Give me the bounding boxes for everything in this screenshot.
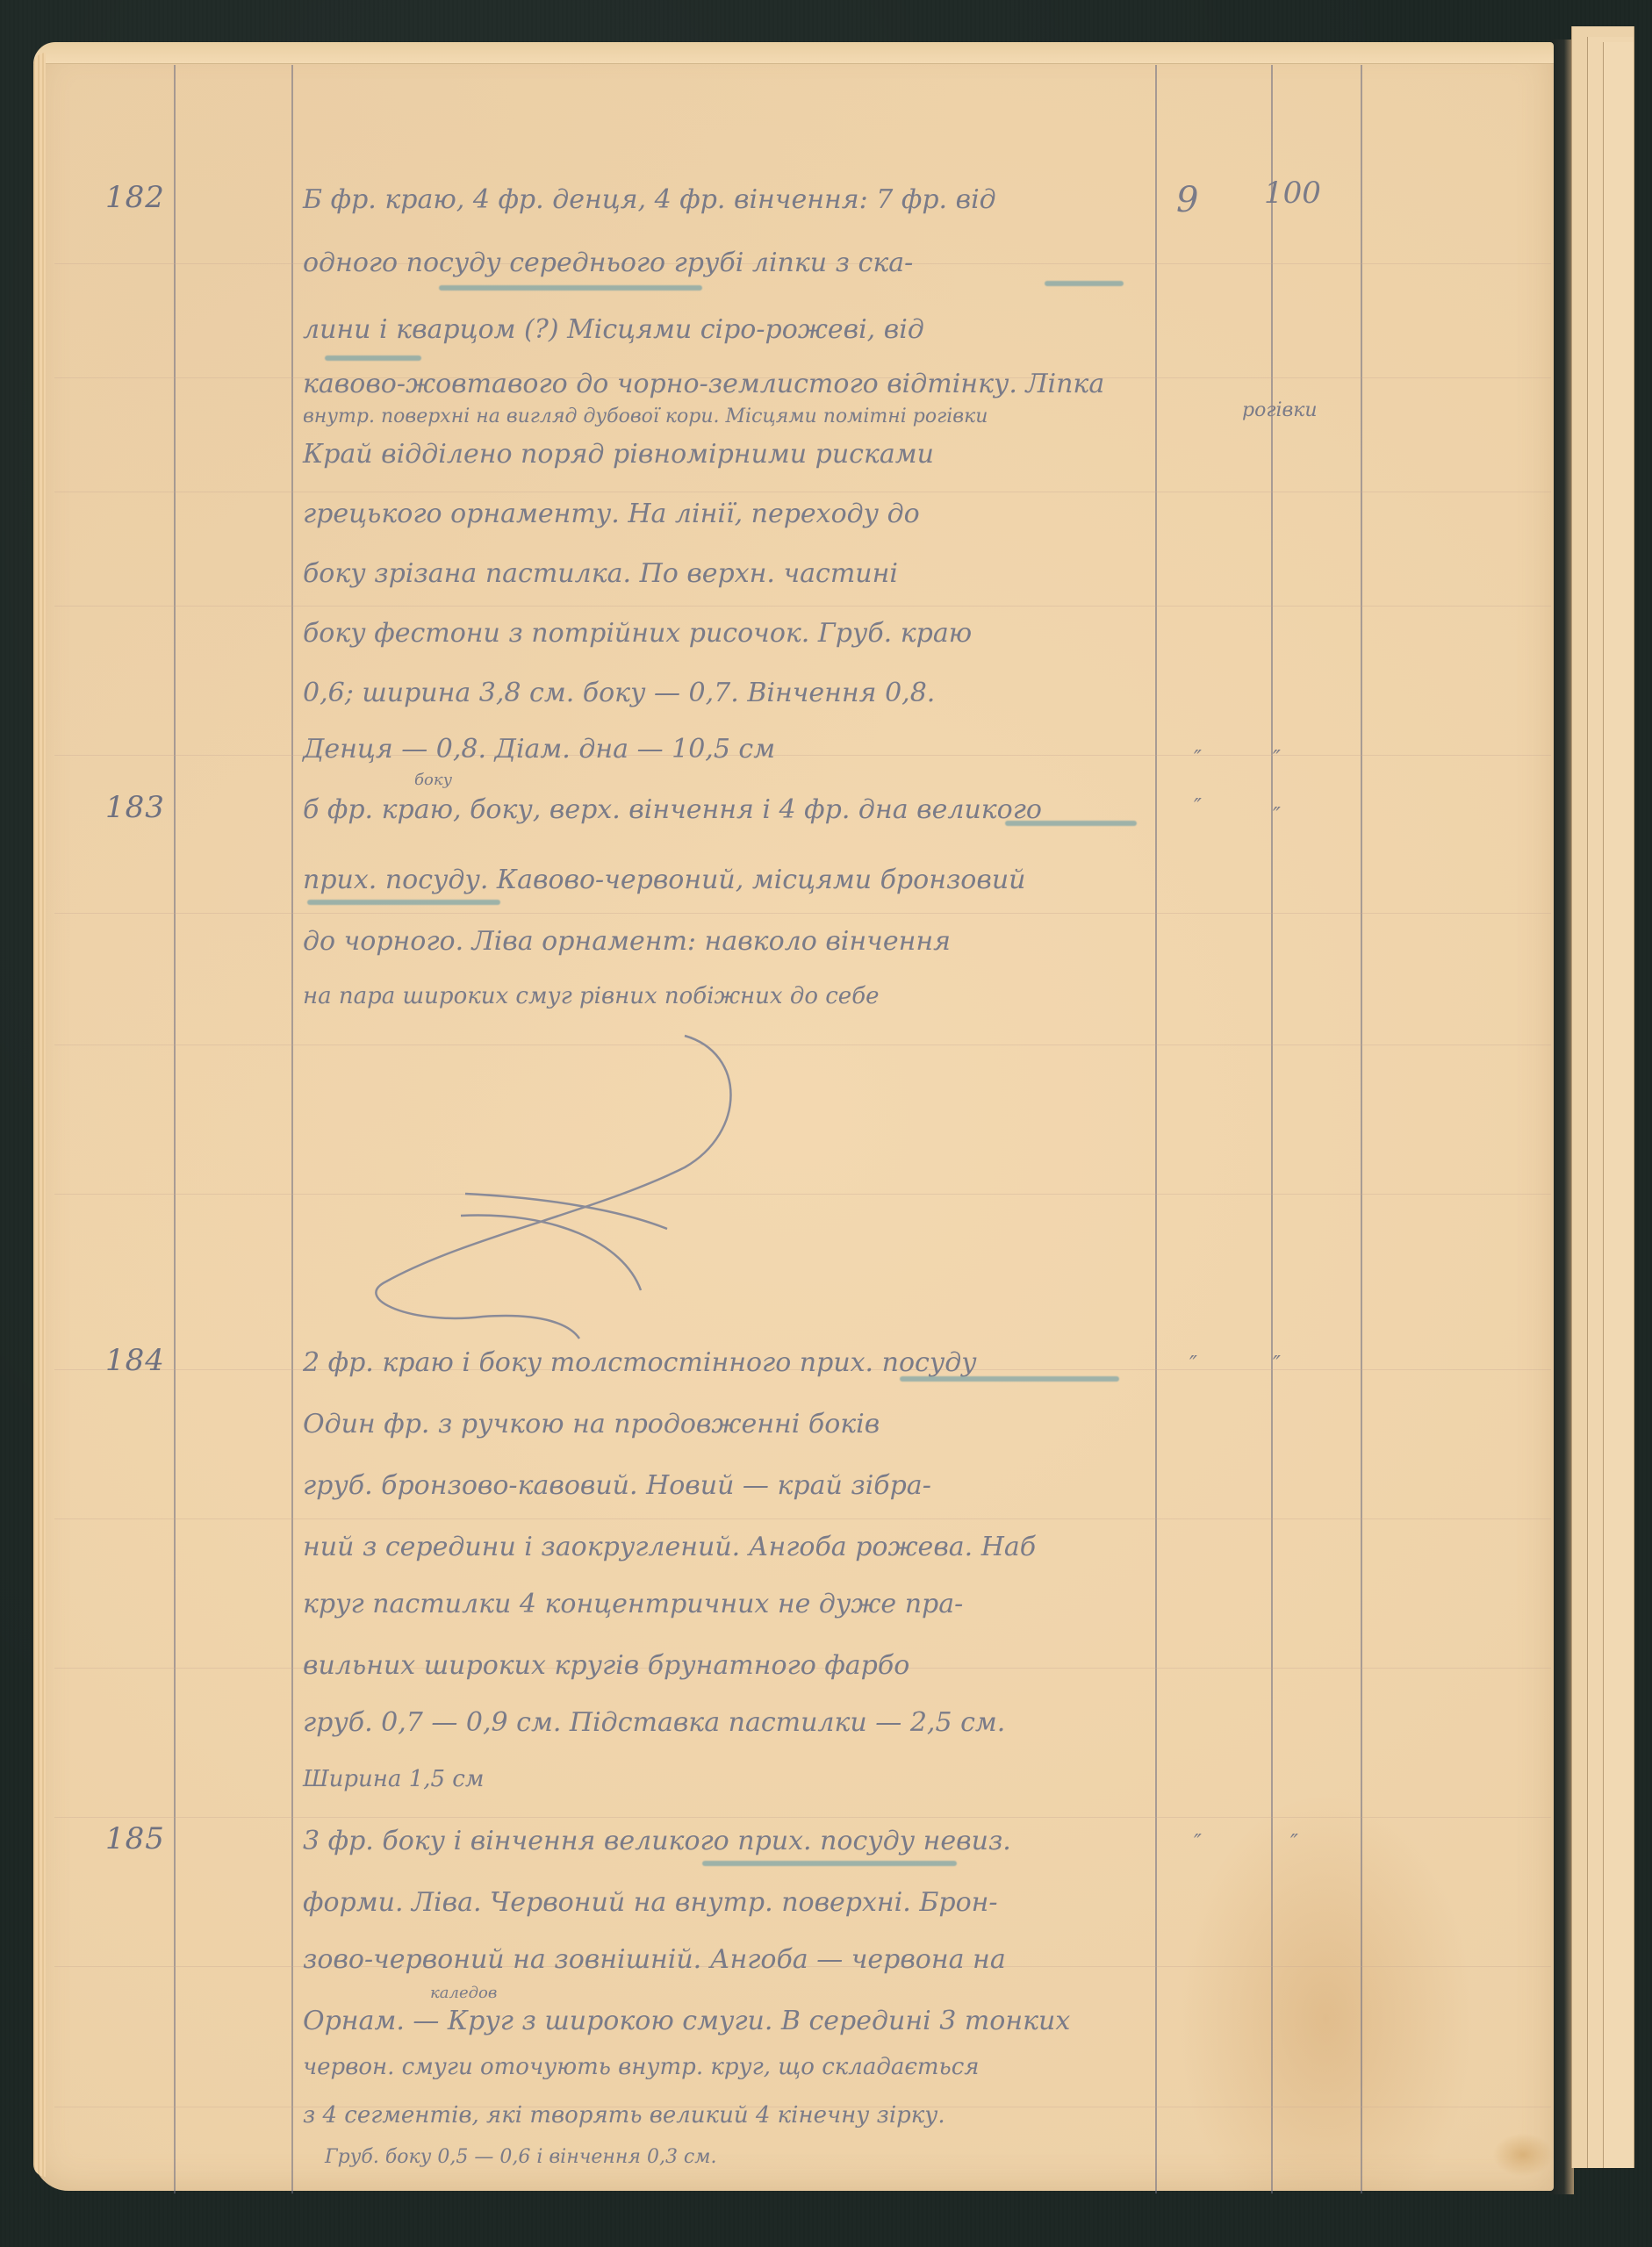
entry-text-line: Один фр. з ручкою на продовженні боків xyxy=(303,1409,1146,1439)
ruled-line xyxy=(54,1518,1551,1519)
entry-text-line: внутр. поверхні на вигляд дубової кори. … xyxy=(303,406,1146,427)
blue-underline xyxy=(307,900,500,905)
entry-text-line: Груб. боку 0,5 — 0,6 і вінчення 0,3 см. xyxy=(325,2146,1167,2168)
bound-pages-edge xyxy=(1603,42,1634,2168)
ditto-mark: ″ xyxy=(1290,1830,1298,1855)
entry-text-line: кавово-жовтавого до чорно-землистого від… xyxy=(303,369,1146,399)
paper-stain xyxy=(1492,2133,1554,2177)
entry-text-line: боку зрізана пастилка. По верхн. частині xyxy=(303,558,1146,589)
blue-underline xyxy=(900,1376,1119,1382)
entry-text-line: до чорного. Ліва орнамент: навколо вінче… xyxy=(303,926,1146,957)
ditto-mark: ″ xyxy=(1273,1352,1281,1376)
column-rule xyxy=(1155,65,1157,2193)
side-note: рогівки xyxy=(1242,399,1318,421)
ditto-mark: ″ xyxy=(1189,1352,1197,1376)
entry-text-line: груб. 0,7 — 0,9 см. Підставка пастилки —… xyxy=(303,1707,1146,1738)
ruled-line xyxy=(54,1817,1551,1818)
column-rule xyxy=(174,65,176,2193)
column-rule xyxy=(1361,65,1362,2193)
cancellation-scribble-icon xyxy=(334,992,948,1343)
entry-text-line: Денця — 0,8. Діам. дна — 10,5 см xyxy=(303,734,1146,765)
column-rule xyxy=(1271,65,1273,2193)
blue-underline xyxy=(1005,821,1137,826)
value-cell: 100 xyxy=(1264,176,1321,211)
column-rule xyxy=(291,65,293,2193)
entry-text-line: Орнам. — Круг з широкою смуги. В середин… xyxy=(303,2006,1146,2036)
entry-text-line: форми. Ліва. Червоний на внутр. поверхні… xyxy=(303,1887,1146,1918)
superscript-insert: боку xyxy=(414,771,1257,789)
entry-text-line: Край відділено поряд рівномірними рискам… xyxy=(303,439,1146,470)
ditto-mark: ″ xyxy=(1194,1830,1202,1855)
entry-text-line: круг пастилки 4 концентричних не дуже пр… xyxy=(303,1589,1146,1619)
entry-number: 182 xyxy=(105,180,176,215)
entry-text-line: 2 фр. краю і боку толстостінного прих. п… xyxy=(303,1347,1146,1378)
ditto-mark: ″ xyxy=(1194,794,1202,819)
entry-number: 183 xyxy=(105,790,176,825)
blue-underline xyxy=(439,285,702,291)
entry-number: 184 xyxy=(105,1343,176,1378)
ruled-line xyxy=(54,492,1551,492)
blue-underline xyxy=(702,1861,957,1866)
entry-text-line: грецького орнаменту. На лінії, переходу … xyxy=(303,499,1146,529)
ruled-line xyxy=(54,913,1551,914)
quantity-value: 9 xyxy=(1176,180,1198,220)
entry-text-line: одного посуду середнього грубі ліпки з с… xyxy=(303,248,1146,278)
blue-underline xyxy=(325,355,421,361)
entry-text-line: прих. посуду. Кавово-червоний, місцями б… xyxy=(303,865,1146,895)
entry-text-line: 3 фр. боку і вінчення великого прих. пос… xyxy=(303,1826,1146,1856)
entry-text-line: боку фестони з потрійних рисочок. Груб. … xyxy=(303,618,1146,649)
entry-text-line: груб. бронзово-кавовий. Новий — край зіб… xyxy=(303,1470,1146,1501)
page-top-edge xyxy=(33,42,1554,64)
ditto-mark: ″ xyxy=(1273,803,1281,828)
entry-text-line: зово-червоний на зовнішній. Ангоба — чер… xyxy=(303,1944,1146,1975)
entry-number: 185 xyxy=(105,1821,176,1856)
entry-text-line: 0,6; ширина 3,8 см. боку — 0,7. Вінчення… xyxy=(303,678,1146,708)
ditto-mark: ″ xyxy=(1273,746,1281,771)
ruled-line xyxy=(54,606,1551,607)
entry-text-line: ний з середини і заокруглений. Ангоба ро… xyxy=(303,1532,1146,1562)
superscript-insert: каледов xyxy=(430,1984,1273,2002)
entry-text-line: з 4 сегментів, які творять великий 4 кін… xyxy=(303,2102,1146,2129)
blue-underline xyxy=(1045,281,1124,286)
page-left-edge xyxy=(33,53,46,2177)
entry-text-line: вильних широких кругів брунатного фарбо xyxy=(303,1650,1146,1681)
entry-text-line: Б фр. краю, 4 фр. денця, 4 фр. вінчення:… xyxy=(303,184,1146,215)
ditto-mark: ″ xyxy=(1194,746,1202,771)
entry-text-line: Ширина 1,5 см xyxy=(303,1766,1146,1792)
entry-text-line: лини і кварцом (?) Місцями сіро-рожеві, … xyxy=(303,314,1146,345)
entry-text-line: червон. смуги оточують внутр. круг, що с… xyxy=(303,2054,1146,2080)
